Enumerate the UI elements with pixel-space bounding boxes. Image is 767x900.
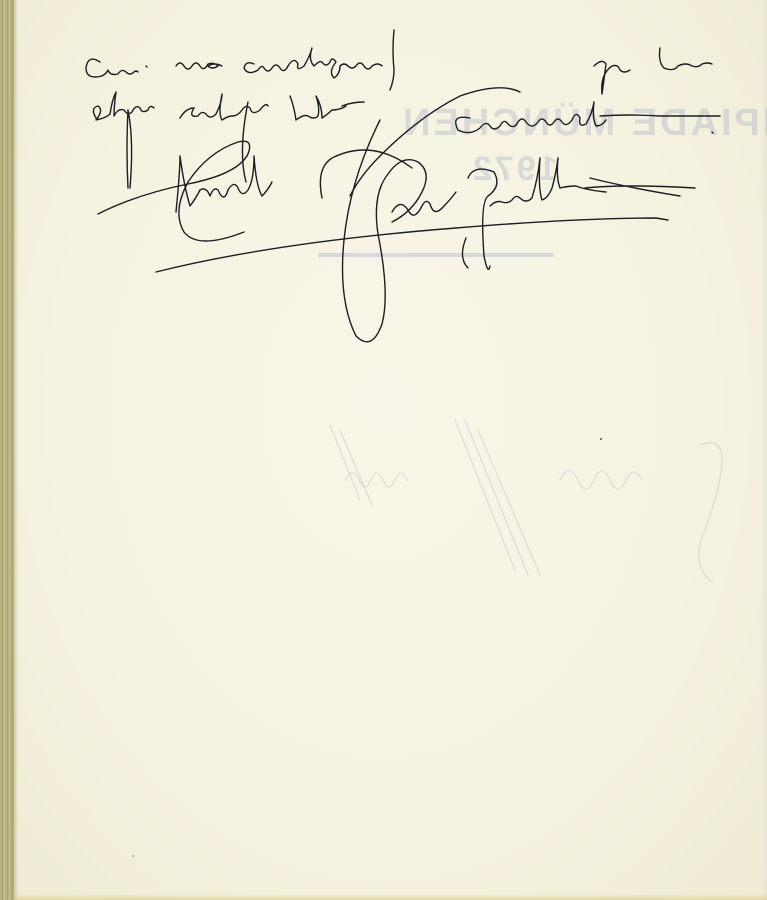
closing-word bbox=[350, 88, 720, 196]
paper-speck bbox=[132, 855, 134, 857]
signature-underline bbox=[156, 218, 668, 272]
dedication-line-1 bbox=[86, 30, 712, 94]
signature bbox=[98, 120, 695, 342]
bleed-through-signature bbox=[330, 420, 722, 582]
dedication-line-2 bbox=[93, 92, 364, 188]
paper-speck bbox=[600, 438, 602, 440]
album-page: OLYMPIADE MÜNCHEN 1972 bbox=[0, 0, 767, 900]
handwriting-layer bbox=[0, 0, 767, 900]
